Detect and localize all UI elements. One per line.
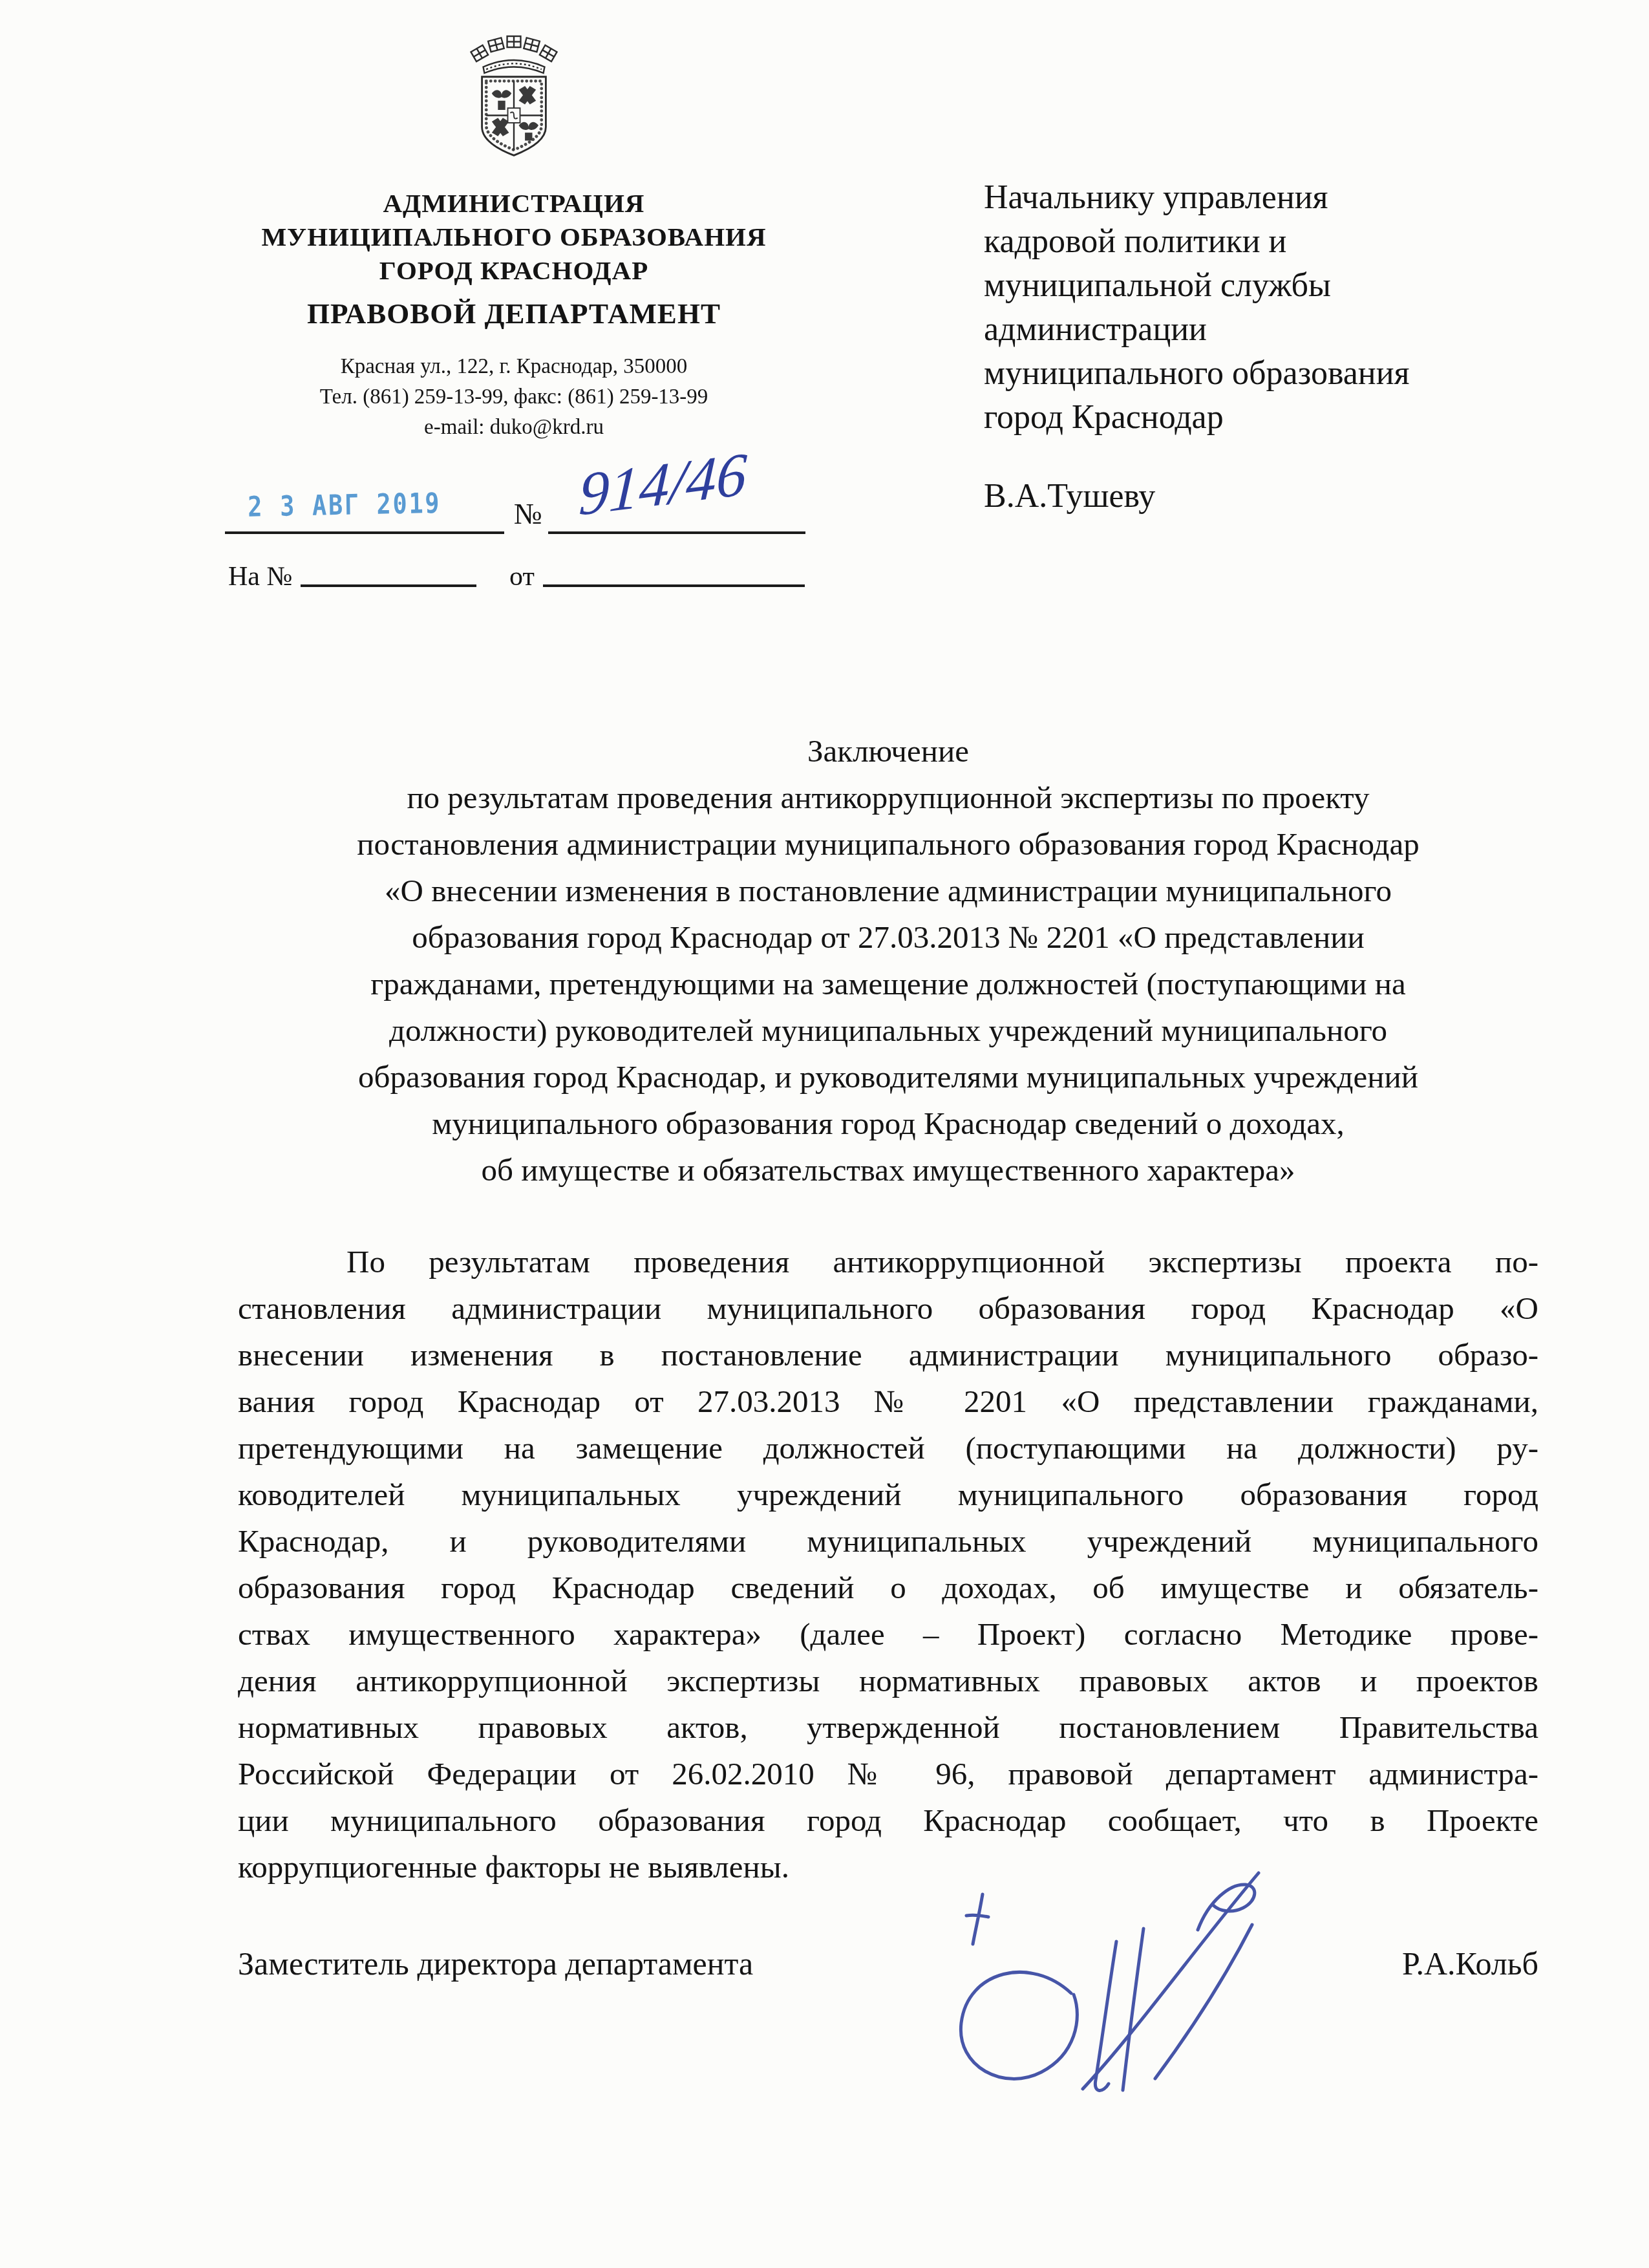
- letterhead: АДМИНИСТРАЦИЯ МУНИЦИПАЛЬНОГО ОБРАЗОВАНИЯ…: [194, 31, 834, 443]
- title-line: об имуществе и обязательствах имуществен…: [238, 1147, 1538, 1193]
- contact-block: Красная ул., 122, г. Краснодар, 350000 Т…: [194, 352, 834, 443]
- on-number-underline: [301, 584, 476, 587]
- crown: [471, 36, 557, 73]
- body-line: вания город Краснодар от 27.03.2013 № 22…: [238, 1378, 1538, 1425]
- address-line: Красная ул., 122, г. Краснодар, 350000: [194, 352, 834, 382]
- body-paragraph: По результатам проведения антикоррупцион…: [238, 1239, 1538, 1890]
- handwritten-signature-icon: [921, 1865, 1338, 2108]
- department-name: ПРАВОВОЙ ДЕПАРТАМЕНТ: [194, 295, 834, 332]
- recipient-line: Начальнику управления: [984, 176, 1553, 220]
- title-line: образования город Краснодар, и руководит…: [238, 1054, 1538, 1100]
- date-underline: [225, 531, 504, 534]
- number-underline: [548, 531, 805, 534]
- title-line: «О внесении изменения в постановление ад…: [238, 868, 1538, 914]
- recipient-line: город Краснодар: [984, 396, 1553, 440]
- letter-page: АДМИНИСТРАЦИЯ МУНИЦИПАЛЬНОГО ОБРАЗОВАНИЯ…: [0, 0, 1649, 2268]
- body-line: образования город Краснодар сведений о д…: [238, 1565, 1538, 1611]
- title-line: должности) руководителей муниципальных у…: [238, 1007, 1538, 1054]
- title-line: гражданами, претендующими на замещение д…: [238, 961, 1538, 1007]
- body-line: претендующими на замещение должностей (п…: [238, 1425, 1538, 1471]
- recipient-line: муниципального образования: [984, 352, 1553, 396]
- email-line: e-mail: duko@krd.ru: [194, 412, 834, 443]
- org-name-line-2: МУНИЦИПАЛЬНОГО ОБРАЗОВАНИЯ: [194, 220, 834, 253]
- signature-strokes: [961, 1873, 1259, 2091]
- from-underline: [543, 584, 805, 587]
- org-name-line-1: АДМИНИСТРАЦИЯ: [194, 186, 834, 220]
- body-line: коррупциогенные факторы не выявлены.: [238, 1844, 1538, 1890]
- title-line: Заключение: [238, 728, 1538, 775]
- handwritten-outgoing-number: 914/46: [577, 439, 749, 530]
- body-line: Российской Федерации от 26.02.2010 № 96,…: [238, 1751, 1538, 1797]
- krasnodar-coat-of-arms-icon: [465, 31, 563, 164]
- body-line: ции муниципального образования город Кра…: [238, 1797, 1538, 1844]
- title-line: постановления администрации муниципально…: [238, 821, 1538, 868]
- recipient-block: Начальнику управления кадровой политики …: [984, 176, 1553, 440]
- recipient-line: кадровой политики и: [984, 220, 1553, 264]
- title-line: муниципального образования город Краснод…: [238, 1100, 1538, 1147]
- signer-name: Р.А.Кольб: [238, 1945, 1538, 1982]
- body-line: внесении изменения в постановление админ…: [238, 1332, 1538, 1378]
- recipient-line: муниципальной службы: [984, 264, 1553, 308]
- body-line: Краснодар, и руководителями муниципальны…: [238, 1518, 1538, 1565]
- title-line: по результатам проведения антикоррупцион…: [238, 775, 1538, 821]
- body-line: ствах имущественного характера» (далее –…: [238, 1611, 1538, 1658]
- date-stamp: 2 3 АВГ 2019: [248, 487, 442, 524]
- from-label: от: [509, 561, 535, 592]
- org-name-line-3: ГОРОД КРАСНОДАР: [194, 253, 834, 287]
- body-line: ководителей муниципальных учреждений мун…: [238, 1471, 1538, 1518]
- recipient-line: администрации: [984, 308, 1553, 352]
- document-title: Заключение по результатам проведения ант…: [238, 728, 1538, 1193]
- body-line: становления администрации муниципального…: [238, 1285, 1538, 1332]
- on-number-label: На №: [228, 561, 293, 592]
- body-line: нормативных правовых актов, утвержденной…: [238, 1704, 1538, 1751]
- body-line: дения антикоррупционной экспертизы норма…: [238, 1658, 1538, 1704]
- title-line: образования город Краснодар от 27.03.201…: [238, 914, 1538, 961]
- recipient-name: В.А.Тушеву: [984, 477, 1155, 515]
- number-label: №: [514, 497, 542, 531]
- phone-fax-line: Тел. (861) 259-13-99, факс: (861) 259-13…: [194, 382, 834, 412]
- body-line: По результатам проведения антикоррупцион…: [238, 1239, 1538, 1285]
